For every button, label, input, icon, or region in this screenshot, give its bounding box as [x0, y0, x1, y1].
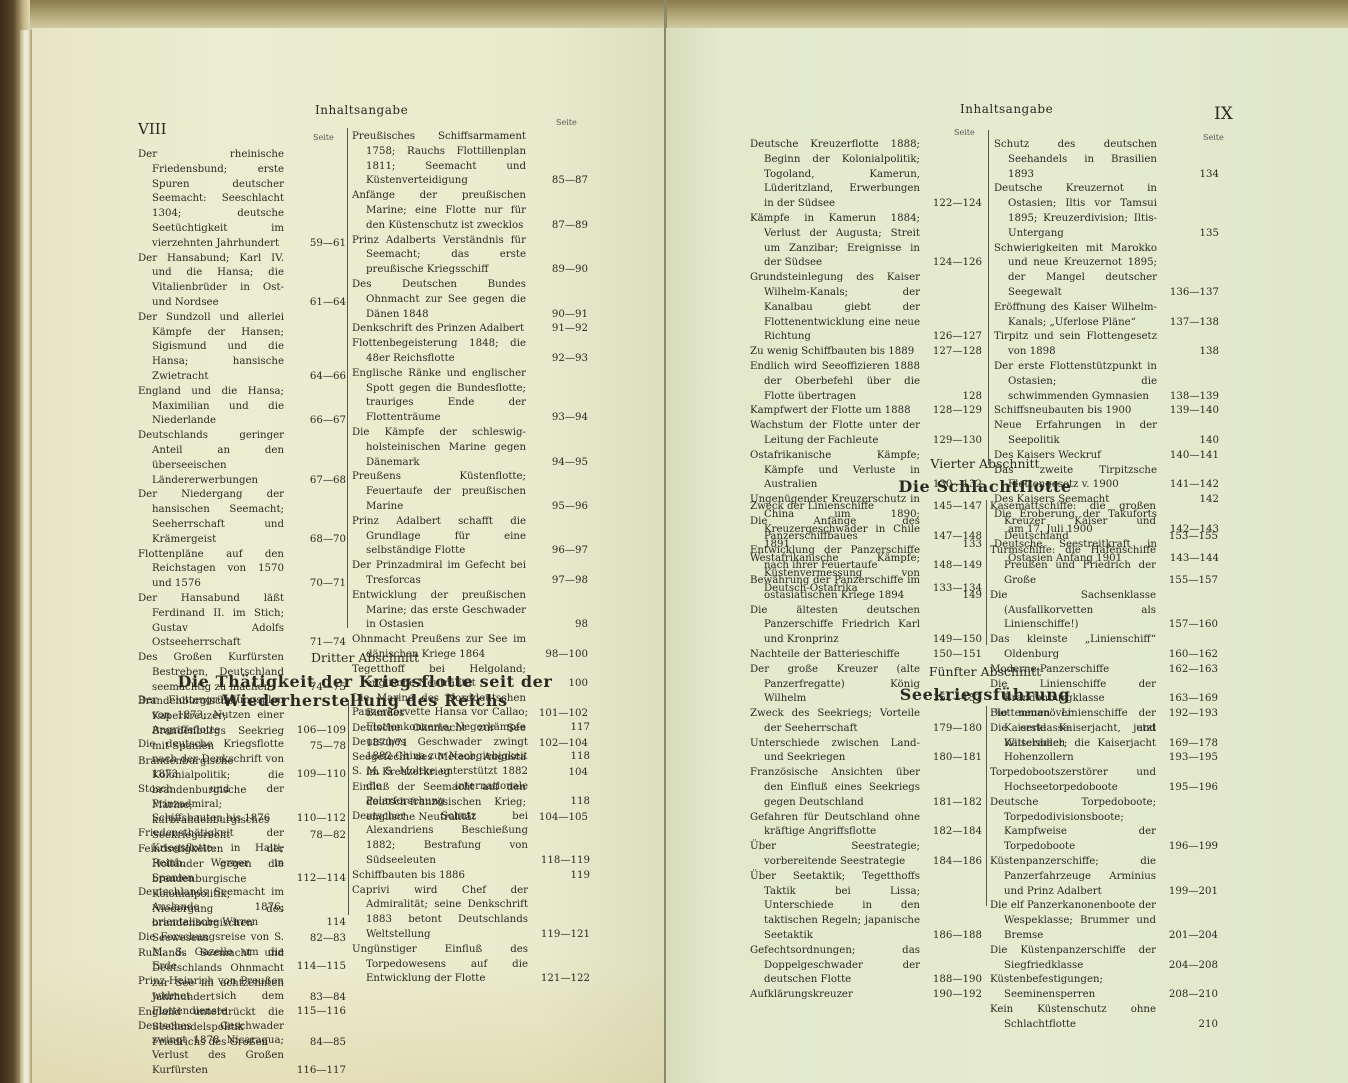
toc-entry-title: Der Flottengründungsplan von 1873; Nutze… [138, 694, 284, 738]
toc-entry-pages: 89—90 [526, 263, 588, 278]
toc-entry-pages: 68—70 [284, 533, 346, 548]
toc-entry-title: Der rheinische Friedensbund; erste Spure… [138, 148, 284, 252]
toc-entry-pages: 64—66 [284, 370, 346, 385]
toc-entry-pages: 140 [1157, 434, 1219, 449]
toc-entry: Kasemattschiffe: die großen Kreuzer Kais… [990, 500, 1218, 544]
toc-entry-pages: 87—89 [526, 219, 588, 234]
toc-entry-title: Die Küstenpanzerschiffe der Siegfriedkla… [990, 944, 1156, 974]
toc-entry-title: Preußens Küstenflotte; Feuertaufe der pr… [352, 470, 526, 514]
toc-entry-pages: 153—155 [1156, 530, 1218, 545]
toc-entry: Prinz Adalberts Verständnis für Seemacht… [352, 234, 588, 278]
toc-entry-pages: 182—184 [920, 825, 982, 840]
toc-entry-pages: 138—139 [1157, 390, 1219, 405]
section-label: Vierter Abschnitt [745, 456, 1225, 471]
toc-entry-pages: 91—92 [526, 322, 588, 337]
toc-entry-pages: 128 [920, 390, 982, 405]
toc-entry-title: Die deutsche Kriegsflotte nach der Denks… [138, 738, 284, 782]
toc-entry-title: Küstenpanzerschiffe; die Panzerfahrzeuge… [990, 855, 1156, 899]
toc-entry: Die Küstenpanzerschiffe der Siegfriedkla… [990, 944, 1218, 974]
toc-entry: Friedensthätigkeit der Kriegsflotte: in … [138, 827, 346, 886]
toc-entry-pages: 181—182 [920, 796, 982, 811]
toc-entry-pages: 188—190 [920, 973, 982, 988]
toc-entry-title: Flottenbegeisterung 1848; die 48er Reich… [352, 337, 526, 367]
toc-entry: Panzerkorvette Hansa vor Callao; Flotten… [352, 706, 590, 736]
toc-entry: Die elf Panzerkanonenboote der Wespeklas… [990, 899, 1218, 943]
cover-board-edge [20, 30, 32, 1083]
toc-entry-title: Stosch und der Prinzadmiral; Schiffsbaut… [138, 783, 284, 827]
toc-entry: Des Deutschen Bundes Ohnmacht zur See ge… [352, 278, 588, 322]
toc-entry: Eröffnung des Kaiser Wilhelm-Kanals; „Uf… [994, 301, 1219, 331]
folio-left: VIII [138, 120, 167, 138]
toc-entry: Der erste Flottenstützpunkt in Ostasien;… [994, 360, 1219, 404]
toc-entry: Gefahren für Deutschland ohne kräftige A… [750, 811, 982, 841]
toc-entry: Der Flottengründungsplan von 1873; Nutze… [138, 694, 346, 738]
toc-entry: Über Seetaktik; Tegetthoffs Taktik bei L… [750, 870, 982, 944]
running-head-right: Inhaltsangabe [960, 102, 1053, 116]
toc-column: Zweck des Seekriegs; Vorteile der Seeher… [750, 707, 982, 1003]
column-divider [347, 128, 348, 628]
toc-entry: Die Forschungsreise von S. M. S. Gazelle… [138, 931, 346, 975]
section-label: Fünfter Abschnitt [745, 664, 1225, 679]
toc-entry-title: Des Deutschen Bundes Ohnmacht zur See ge… [352, 278, 526, 322]
toc-entry: S. M. S. Moltke unterstützt 1882 die int… [352, 765, 590, 809]
toc-entry-pages: 186—188 [920, 929, 982, 944]
toc-entry-pages: 184—186 [920, 855, 982, 870]
toc-entry-title: Schiffsneubauten bis 1900 [994, 404, 1157, 419]
toc-entry-title: Deutschlands geringer Anteil an den über… [138, 429, 284, 488]
toc-entry: Entwicklung der preußischen Marine; das … [352, 589, 588, 633]
toc-entry-title: England und die Hansa; Maximilian und di… [138, 385, 284, 429]
toc-entry-title: Die Kämpfe der schleswig-holsteinischen … [352, 426, 526, 470]
toc-entry-title: Deutscher Schutz bei Alexandriens Beschi… [352, 810, 528, 869]
toc-entry-title: Prinz Heinrich von Preußen widmet sich d… [138, 975, 284, 1019]
toc-entry-title: Aufklärungskreuzer [750, 988, 920, 1003]
toc-entry-pages: 85—87 [526, 174, 588, 189]
toc-entry: Deutsche Torpedoboote; Torpedodivisionsb… [990, 796, 1218, 855]
toc-entry-title: Die ältesten deutschen Panzerschiffe Fri… [750, 604, 920, 648]
toc-entry: Kein Küstenschutz ohne Schlachtflotte210 [990, 1003, 1218, 1033]
toc-entry: Flottenmanöver192—193 [990, 707, 1218, 722]
toc-entry-title: Kein Küstenschutz ohne Schlachtflotte [990, 1003, 1156, 1033]
toc-entry-pages: 148—149 [920, 559, 982, 574]
toc-entry-pages: 119 [528, 869, 590, 884]
toc-entry-title: Endlich wird Seeoffizieren 1888 der Ober… [750, 360, 920, 404]
toc-entry-title: Schwierigkeiten mit Marokko und neue Kre… [994, 242, 1157, 301]
toc-entry-pages: 192—193 [1156, 707, 1218, 722]
toc-entry-pages: 110—112 [284, 812, 346, 827]
toc-entry-title: Die Forschungsreise von S. M. S. Gazelle… [138, 931, 284, 975]
toc-entry: Deutsches Geschwader zwingt 1878 Nicarag… [138, 1020, 346, 1079]
toc-entry: Schiffsneubauten bis 1900139—140 [994, 404, 1219, 419]
toc-entry-pages: 119—121 [528, 928, 590, 943]
toc-entry-pages: 129—130 [920, 434, 982, 449]
toc-entry-pages: 190—192 [920, 988, 982, 1003]
toc-entry-pages: 204—208 [1156, 959, 1218, 974]
toc-entry-pages: 117 [528, 721, 590, 736]
toc-entry-pages: 118 [528, 795, 590, 810]
column-divider [348, 700, 349, 915]
section-label: Dritter Abschnitt [130, 650, 600, 665]
toc-column: Panzerkorvette Hansa vor Callao; Flotten… [352, 706, 590, 987]
toc-entry-pages: 71—74 [284, 636, 346, 651]
toc-entry-title: Der Prinzadmiral im Gefecht bei Tresforc… [352, 559, 526, 589]
toc-entry: Küstenbefestigungen; Seeminensperren208—… [990, 973, 1218, 1003]
toc-entry-title: Der Sundzoll und allerlei Kämpfe der Han… [138, 311, 284, 385]
toc-entry-title: Anfänge der preußischen Marine; eine Flo… [352, 189, 526, 233]
toc-entry-pages: 98 [526, 618, 588, 633]
toc-entry: Deutsche Kreuzernot in Ostasien; Iltis v… [994, 182, 1219, 241]
toc-entry: Torpedobootszerstörer und Hochseetorpedo… [990, 766, 1218, 796]
toc-entry-title: Kampfwert der Flotte um 1888 [750, 404, 920, 419]
toc-entry-pages: 92—93 [526, 352, 588, 367]
toc-entry: Turmschiffe: die Hafenschiffe Preußen un… [990, 544, 1218, 588]
toc-entry-pages: 106—109 [284, 724, 346, 739]
toc-entry: Unterschiede zwischen Land- und Seekrieg… [750, 737, 982, 767]
toc-entry: Kampfwert der Flotte um 1888128—129 [750, 404, 982, 419]
toc-entry: Der Sundzoll und allerlei Kämpfe der Han… [138, 311, 346, 385]
running-head-left: Inhaltsangabe [315, 103, 408, 117]
toc-entry-title: Bewährung der Panzerschiffe im ostasiati… [750, 574, 920, 604]
seite-label: Seite [313, 133, 334, 142]
toc-entry: Bewährung der Panzerschiffe im ostasiati… [750, 574, 982, 604]
toc-entry-pages: 61—64 [284, 296, 346, 311]
toc-entry-pages: 136—137 [1157, 286, 1219, 301]
toc-entry: Ungünstiger Einfluß des Torpedowesens au… [352, 943, 590, 987]
toc-entry-pages: 149 [920, 589, 982, 604]
toc-entry-title: Deutsche Kreuzernot in Ostasien; Iltis v… [994, 182, 1157, 241]
toc-entry-pages: 95—96 [526, 500, 588, 515]
toc-entry-title: Tirpitz und sein Flottengesetz von 1898 [994, 330, 1157, 360]
toc-entry: Grundsteinlegung des Kaiser Wilhelm-Kana… [750, 271, 982, 345]
toc-entry-title: Deutsches Geschwader zwingt 1878 Nicarag… [138, 1020, 284, 1079]
toc-entry: Der Hansabund; Karl IV. und die Hansa; d… [138, 252, 346, 311]
toc-entry-title: Friedensthätigkeit der Kriegsflotte: in … [138, 827, 284, 886]
toc-entry-pages: 199—201 [1156, 885, 1218, 900]
toc-entry-title: Eröffnung des Kaiser Wilhelm-Kanals; „Uf… [994, 301, 1157, 331]
toc-entry-pages: 67—68 [284, 474, 346, 489]
toc-entry-title: Der Hansabund; Karl IV. und die Hansa; d… [138, 252, 284, 311]
toc-entry: Deutsches Geschwader zwingt 1882 China z… [352, 736, 590, 766]
folio-right: IX [1214, 104, 1233, 124]
toc-entry-title: Prinz Adalbert schafft die Grundlage für… [352, 515, 526, 559]
toc-entry: Prinz Adalbert schafft die Grundlage für… [352, 515, 588, 559]
toc-entry: Die ältesten deutschen Panzerschiffe Fri… [750, 604, 982, 648]
toc-entry: Endlich wird Seeoffizieren 1888 der Ober… [750, 360, 982, 404]
toc-entry: Stosch und der Prinzadmiral; Schiffsbaut… [138, 783, 346, 827]
toc-entry-title: Französische Ansichten über den Einfluß … [750, 766, 920, 810]
toc-entry-pages: 150—151 [920, 648, 982, 663]
toc-entry-title: Unterschiede zwischen Land- und Seekrieg… [750, 737, 920, 767]
toc-entry-title: Der Niedergang der hansischen Seemacht; … [138, 488, 284, 547]
toc-entry: Caprivi wird Chef der Admiralität; seine… [352, 884, 590, 943]
toc-entry: Kämpfe in Kamerun 1884; Verlust der Augu… [750, 212, 982, 271]
toc-entry-title: Deutsche Kreuzerflotte 1888; Beginn der … [750, 138, 920, 212]
toc-entry: Zu wenig Schiffbauten bis 1889127—128 [750, 345, 982, 360]
toc-entry-pages: 124—126 [920, 256, 982, 271]
toc-entry-pages: 93—94 [526, 411, 588, 426]
toc-entry: Englische Ränke und englischer Spott geg… [352, 367, 588, 426]
toc-entry-title: Englische Ränke und englischer Spott geg… [352, 367, 526, 426]
toc-entry-title: Die elf Panzerkanonenboote der Wespeklas… [990, 899, 1156, 943]
toc-entry-pages: 155—157 [1156, 574, 1218, 589]
toc-column: Der Flottengründungsplan von 1873; Nutze… [138, 694, 346, 1079]
toc-entry-title: Deutschlands Seemacht im Auslande 1876; … [138, 886, 284, 930]
toc-entry-title: Kämpfe in Kamerun 1884; Verlust der Augu… [750, 212, 920, 271]
toc-entry-title: Kasemattschiffe: die großen Kreuzer Kais… [990, 500, 1156, 544]
toc-entry-title: Gefechtsordnungen; das Doppelgeschwader … [750, 944, 920, 988]
toc-entry-title: Über Seestrategie; vorbereitende Seestra… [750, 840, 920, 870]
toc-entry-pages: 201—204 [1156, 929, 1218, 944]
toc-entry-pages: 145—147 [920, 500, 982, 515]
toc-entry-pages: 179—180 [920, 722, 982, 737]
toc-entry-pages: 210 [1156, 1018, 1218, 1033]
toc-entry: Französische Ansichten über den Einfluß … [750, 766, 982, 810]
toc-entry-pages: 122—124 [920, 197, 982, 212]
toc-entry-pages: 126—127 [920, 330, 982, 345]
toc-entry-pages: 138 [1157, 345, 1219, 360]
toc-entry: Prinz Heinrich von Preußen widmet sich d… [138, 975, 346, 1019]
toc-entry-pages: 109—110 [284, 768, 346, 783]
toc-entry: Die Anfänge des Panzerschiffbaues147—148 [750, 515, 982, 545]
toc-entry-pages: 149—150 [920, 633, 982, 648]
toc-entry: Aufklärungskreuzer190—192 [750, 988, 982, 1003]
toc-entry-title: Turmschiffe: die Hafenschiffe Preußen un… [990, 544, 1156, 588]
toc-entry-pages: 118 [528, 750, 590, 765]
toc-entry: England und die Hansa; Maximilian und di… [138, 385, 346, 429]
toc-entry-pages: 66—67 [284, 414, 346, 429]
toc-entry-pages: 128—129 [920, 404, 982, 419]
toc-entry: Die Kämpfe der schleswig-holsteinischen … [352, 426, 588, 470]
toc-entry-title: Die erste Kaiserjacht, jetzt Kaiseradler… [990, 722, 1156, 766]
seite-label: Seite [556, 118, 577, 127]
toc-entry-pages: 127—128 [920, 345, 982, 360]
toc-entry-title: Panzerkorvette Hansa vor Callao; Flotten… [352, 706, 528, 736]
toc-entry-pages: 90—91 [526, 308, 588, 323]
toc-entry-pages: 147—148 [920, 530, 982, 545]
toc-entry: Schwierigkeiten mit Marokko und neue Kre… [994, 242, 1219, 301]
toc-entry-pages: 137—138 [1157, 316, 1219, 331]
seite-label: Seite [954, 128, 975, 137]
toc-entry: Der Prinzadmiral im Gefecht bei Tresforc… [352, 559, 588, 589]
toc-entry-pages: 135 [1157, 227, 1219, 242]
toc-entry: Küstenpanzerschiffe; die Panzerfahrzeuge… [990, 855, 1218, 899]
toc-entry: Zweck der Linienschiffe145—147 [750, 500, 982, 515]
toc-entry-title: Die Sachsenklasse (Ausfallkorvetten als … [990, 589, 1156, 633]
column-divider [988, 130, 989, 465]
toc-entry-title: Zweck der Linienschiffe [750, 500, 920, 515]
toc-entry-title: Preußisches Schiffsarmament 1758; Rauchs… [352, 130, 526, 189]
toc-entry-title: Caprivi wird Chef der Admiralität; seine… [352, 884, 528, 943]
toc-entry: Das kleinste „Linienschiff“ Oldenburg160… [990, 633, 1218, 663]
toc-entry-title: Über Seetaktik; Tegetthoffs Taktik bei L… [750, 870, 920, 944]
column-divider [986, 500, 987, 645]
toc-entry-title: S. M. S. Moltke unterstützt 1882 die int… [352, 765, 528, 809]
toc-entry-title: Entwicklung der preußischen Marine; das … [352, 589, 526, 633]
toc-entry-title: Küstenbefestigungen; Seeminensperren [990, 973, 1156, 1003]
toc-entry: Flottenpläne auf den Reichstagen von 157… [138, 548, 346, 592]
toc-entry: Entwicklung der Panzerschiffe nach ihrer… [750, 544, 982, 574]
toc-entry-title: Schiffbauten bis 1886 [352, 869, 528, 884]
toc-entry-pages: 139—140 [1157, 404, 1219, 419]
toc-entry: Der Hansabund läßt Ferdinand II. im Stic… [138, 592, 346, 651]
toc-entry: Der Niedergang der hansischen Seemacht; … [138, 488, 346, 547]
toc-entry: Preußisches Schiffsarmament 1758; Rauchs… [352, 130, 588, 189]
toc-entry: Deutschlands Seemacht im Auslande 1876; … [138, 886, 346, 930]
toc-entry-pages: 96—97 [526, 544, 588, 559]
toc-entry: Tirpitz und sein Flottengesetz von 18981… [994, 330, 1219, 360]
toc-entry-pages: 121—122 [528, 972, 590, 987]
toc-entry-title: Prinz Adalberts Verständnis für Seemacht… [352, 234, 526, 278]
toc-entry-pages: 116—117 [284, 1064, 346, 1079]
toc-entry: Schutz des deutschen Seehandels in Brasi… [994, 138, 1219, 182]
toc-entry-title: Der Hansabund läßt Ferdinand II. im Stic… [138, 592, 284, 651]
toc-entry-pages: 160—162 [1156, 648, 1218, 663]
toc-entry-title: Entwicklung der Panzerschiffe nach ihrer… [750, 544, 920, 574]
toc-entry: Die erste Kaiserjacht, jetzt Kaiseradler… [990, 722, 1218, 766]
toc-entry-pages: 134 [1157, 168, 1219, 183]
toc-entry: Deutsche Kreuzerflotte 1888; Beginn der … [750, 138, 982, 212]
toc-entry-pages: 114—115 [284, 960, 346, 975]
toc-entry: Neue Erfahrungen in der Seepolitik140 [994, 419, 1219, 449]
toc-entry-pages: 118—119 [528, 854, 590, 869]
section-title: Die Schlachtflotte [745, 477, 1225, 496]
toc-entry-pages: 114 [284, 916, 346, 931]
toc-entry: Wachstum der Flotte unter der Leitung de… [750, 419, 982, 449]
column-divider [986, 706, 987, 906]
toc-entry-title: Die Anfänge des Panzerschiffbaues [750, 515, 920, 545]
toc-entry-title: Deutsches Geschwader zwingt 1882 China z… [352, 736, 528, 766]
toc-entry: Zweck des Seekriegs; Vorteile der Seeher… [750, 707, 982, 737]
toc-entry: Der rheinische Friedensbund; erste Spure… [138, 148, 346, 252]
toc-entry-title: Flottenpläne auf den Reichstagen von 157… [138, 548, 284, 592]
toc-entry-pages: 196—199 [1156, 840, 1218, 855]
toc-entry-title: Der erste Flottenstützpunkt in Ostasien;… [994, 360, 1157, 404]
toc-entry-pages: 195—196 [1156, 781, 1218, 796]
toc-entry-title: Schutz des deutschen Seehandels in Brasi… [994, 138, 1157, 182]
toc-entry-title: Deutsche Torpedoboote; Torpedodivisionsb… [990, 796, 1156, 855]
toc-entry-pages: 157—160 [1156, 618, 1218, 633]
toc-entry: Nachteile der Batterieschiffe150—151 [750, 648, 982, 663]
toc-entry-title: Nachteile der Batterieschiffe [750, 648, 920, 663]
toc-entry-title: Zweck des Seekriegs; Vorteile der Seeher… [750, 707, 920, 737]
toc-entry: Die Sachsenklasse (Ausfallkorvetten als … [990, 589, 1218, 633]
toc-entry-title: Denkschrift des Prinzen Adalbert [352, 322, 526, 337]
toc-entry-title: Zu wenig Schiffbauten bis 1889 [750, 345, 920, 360]
toc-entry-pages: 112—114 [284, 872, 346, 887]
toc-entry-title: Ungünstiger Einfluß des Torpedowesens au… [352, 943, 528, 987]
toc-entry-pages: 97—98 [526, 574, 588, 589]
toc-entry-title: Flottenmanöver [990, 707, 1156, 722]
toc-entry: Anfänge der preußischen Marine; eine Flo… [352, 189, 588, 233]
toc-entry: Die deutsche Kriegsflotte nach der Denks… [138, 738, 346, 782]
toc-entry: Flottenbegeisterung 1848; die 48er Reich… [352, 337, 588, 367]
toc-entry-title: Grundsteinlegung des Kaiser Wilhelm-Kana… [750, 271, 920, 345]
toc-entry-pages: 70—71 [284, 577, 346, 592]
toc-entry-title: Wachstum der Flotte unter der Leitung de… [750, 419, 920, 449]
toc-entry-title: Torpedobootszerstörer und Hochseetorpedo… [990, 766, 1156, 796]
toc-entry-pages: 208—210 [1156, 988, 1218, 1003]
toc-column: Flottenmanöver192—193Die erste Kaiserjac… [990, 707, 1218, 1033]
section-title: Seekriegsführung [745, 685, 1225, 704]
toc-entry-title: Das kleinste „Linienschiff“ Oldenburg [990, 633, 1156, 663]
toc-entry: Gefechtsordnungen; das Doppelgeschwader … [750, 944, 982, 988]
toc-entry-title: Gefahren für Deutschland ohne kräftige A… [750, 811, 920, 841]
toc-entry: Preußens Küstenflotte; Feuertaufe der pr… [352, 470, 588, 514]
toc-entry: Schiffbauten bis 1886119 [352, 869, 590, 884]
toc-entry-pages: 59—61 [284, 237, 346, 252]
toc-entry-pages: 193—195 [1156, 751, 1218, 766]
toc-entry: Über Seestrategie; vorbereitende Seestra… [750, 840, 982, 870]
toc-entry-title: Neue Erfahrungen in der Seepolitik [994, 419, 1157, 449]
toc-entry-pages: 94—95 [526, 456, 588, 471]
toc-entry-pages: 180—181 [920, 751, 982, 766]
toc-entry: Deutscher Schutz bei Alexandriens Beschi… [352, 810, 590, 869]
toc-entry-pages: 115—116 [284, 1005, 346, 1020]
toc-entry: Deutschlands geringer Anteil an den über… [138, 429, 346, 488]
toc-entry: Denkschrift des Prinzen Adalbert91—92 [352, 322, 588, 337]
